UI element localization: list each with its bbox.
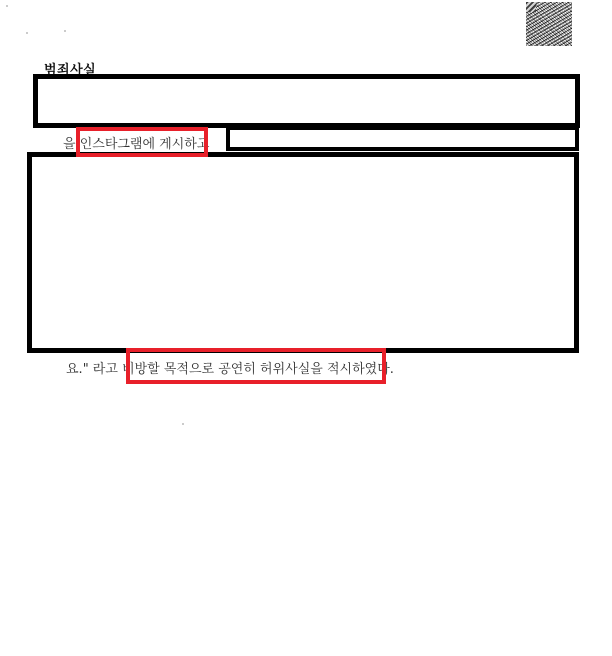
highlight-box [126,348,386,384]
scan-speck [26,32,28,34]
scan-speck [6,5,8,7]
document-page: 범죄사실 을 인스타그램에 게시하고 요." 라고 비방할 목적으로 공연히 허… [0,0,612,656]
scan-speck [64,30,66,32]
redaction-box [27,152,579,353]
qr-code-icon [526,2,572,46]
line-prefix: 요." 라고 [66,362,122,377]
scan-speck [182,423,184,425]
highlight-box [76,127,208,157]
redaction-box [33,74,580,128]
redaction-box [226,126,579,151]
